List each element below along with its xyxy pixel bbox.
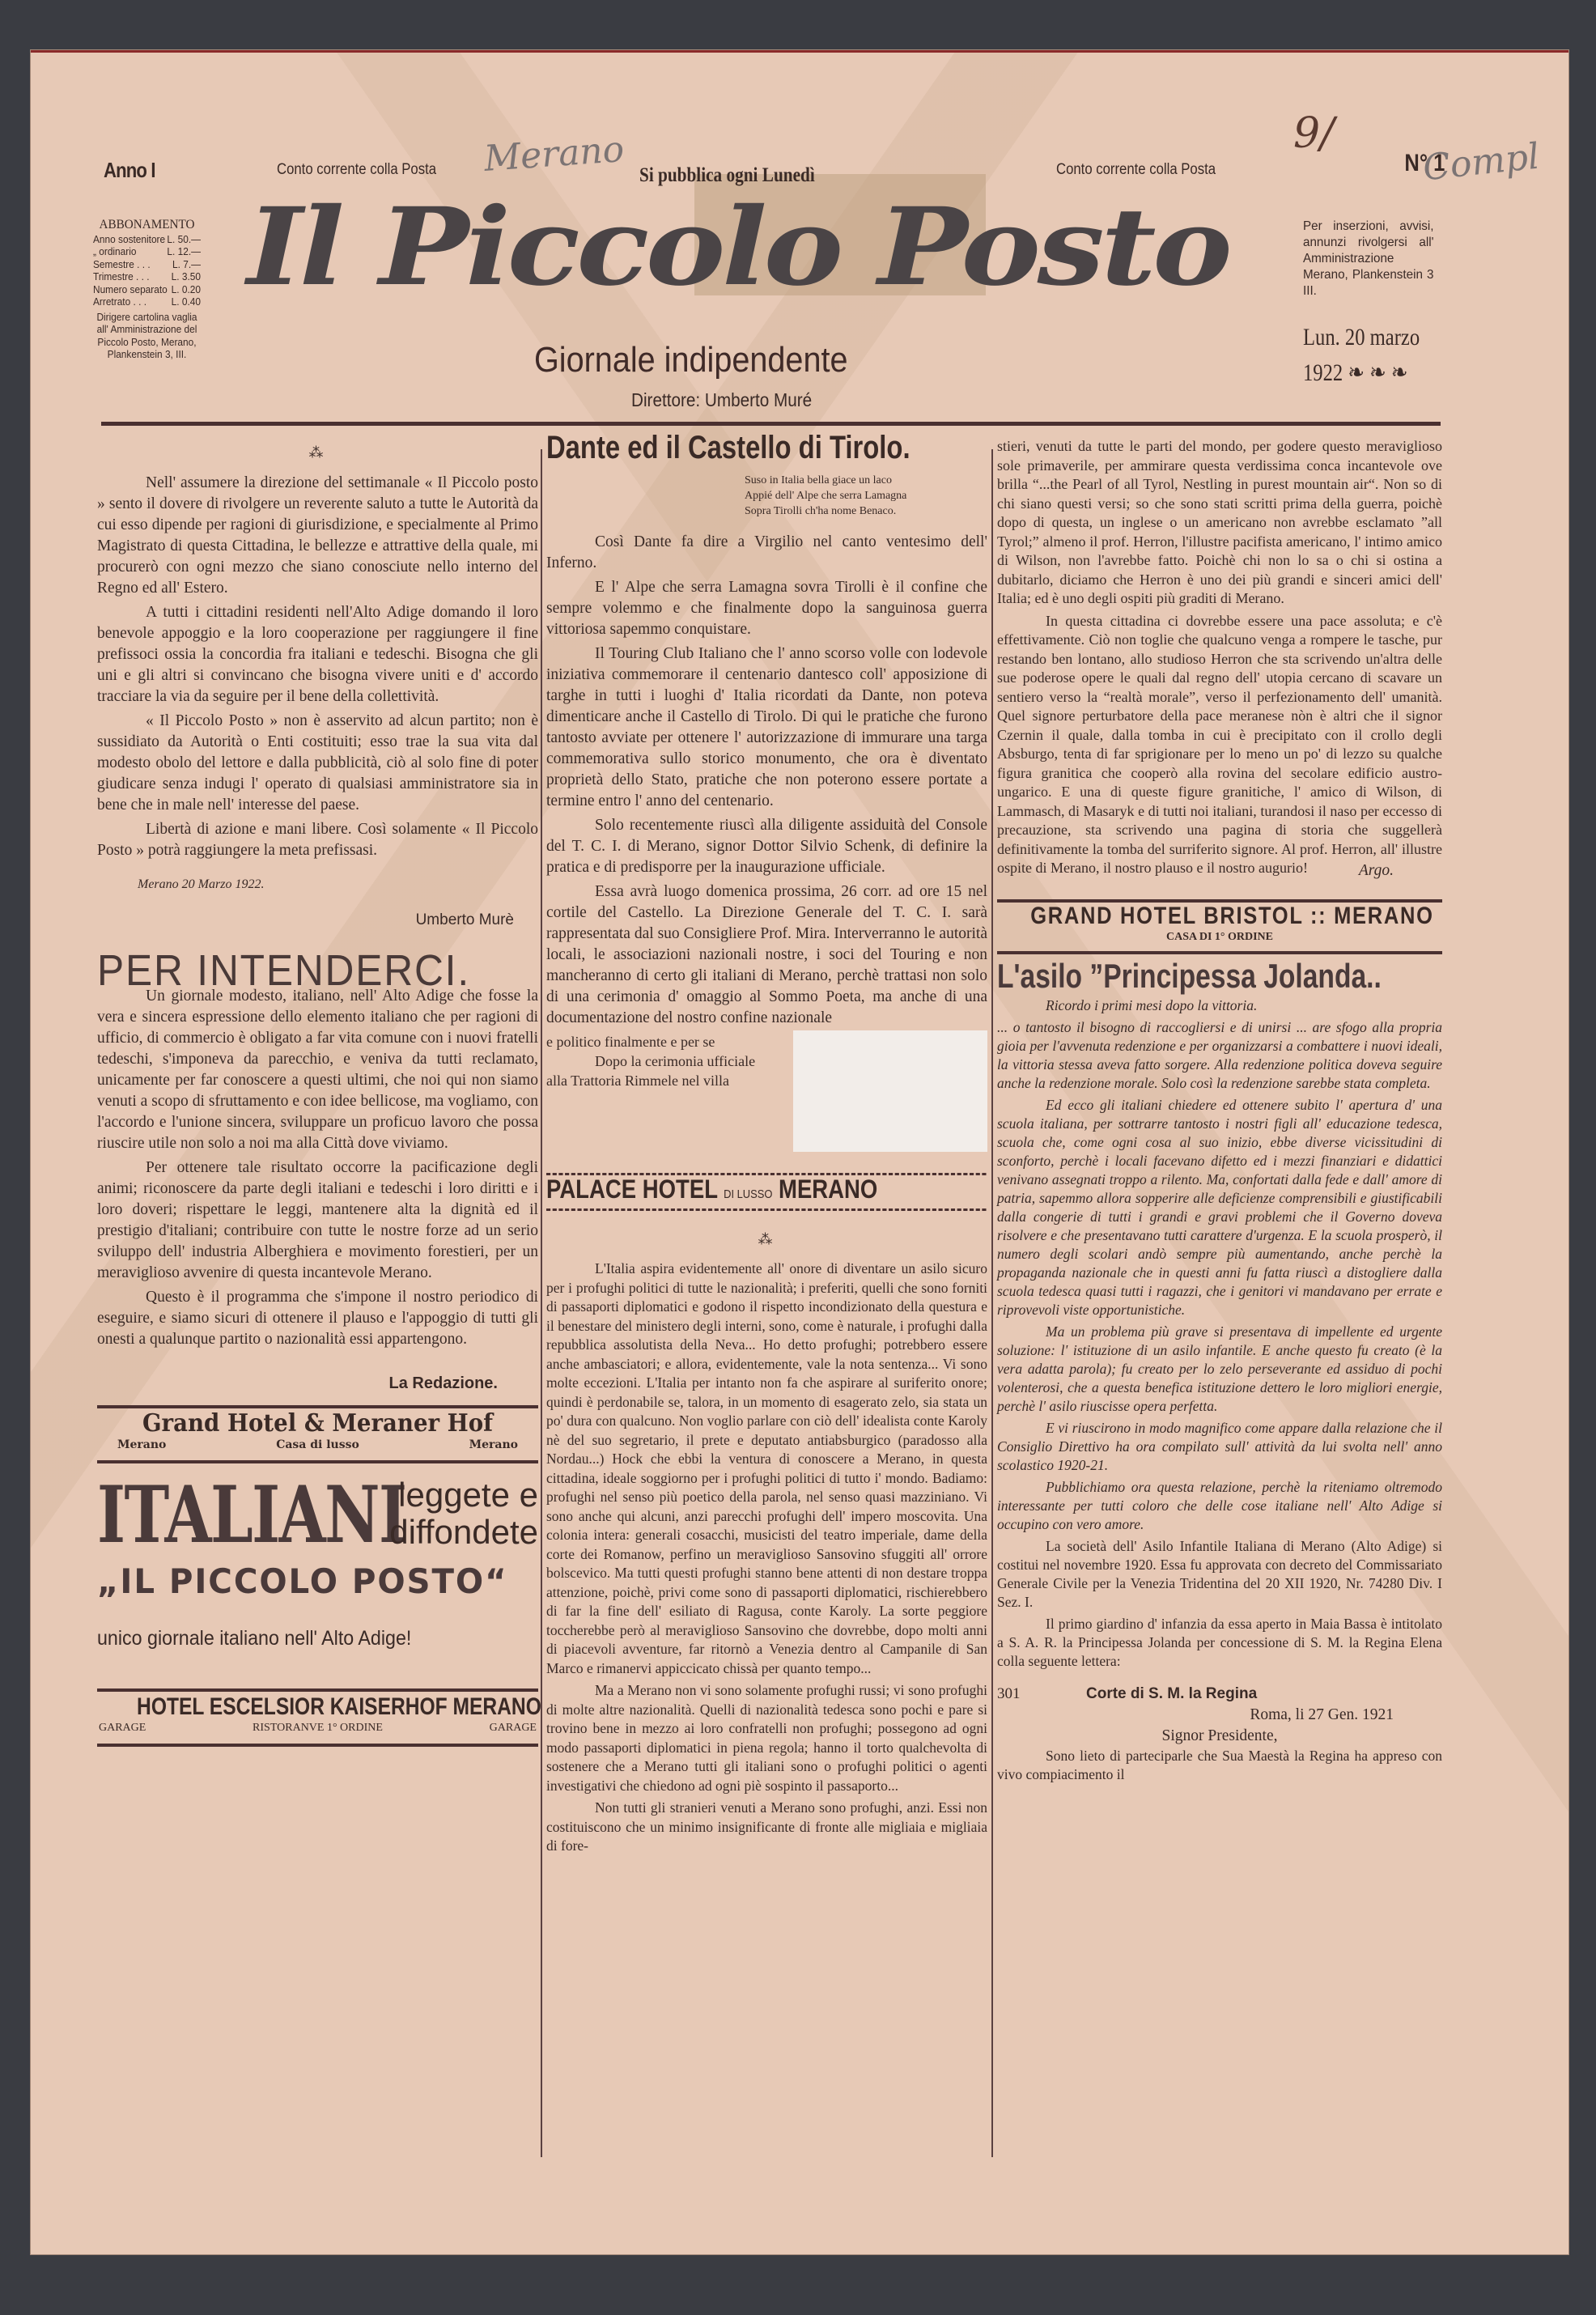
article-paragraph: Solo recentemente riuscì alla diligente … — [546, 815, 987, 878]
column-3: stieri, venuti da tutte le parti del mon… — [997, 437, 1442, 1787]
article-paragraph: E l' Alpe che serra Lamagna sovra Tiroll… — [546, 577, 987, 640]
publication-schedule: Si pubblica ogni Lunedì — [639, 164, 815, 187]
paper-hole — [793, 1030, 987, 1152]
letter-number: 301 — [997, 1684, 1086, 1705]
column-1: ⁂ Nell' assumere la direzione del settim… — [97, 437, 538, 1747]
issue-year-ornament: 1922 ❧ ❧ ❧ — [1303, 359, 1407, 387]
article-paragraph: Ed ecco gli italiani chiedere ed ottener… — [997, 1096, 1442, 1319]
article-paragraph: Ricordo i primi mesi dopo la vittoria. — [997, 996, 1442, 1015]
issue-date: Lun. 20 marzo — [1303, 324, 1420, 351]
ad-grand-hotel-bristol: GRAND HOTEL BRISTOL :: MERANO CASA DI 1°… — [997, 899, 1442, 954]
postal-account-left: Conto corrente colla Posta — [277, 161, 436, 179]
article-paragraph: E vi riuscirono in modo magnifico come a… — [997, 1419, 1442, 1475]
article-paragraph: Essa avrà luogo domenica prossima, 26 co… — [546, 881, 987, 1029]
article-paragraph: Ma a Merano non vi sono solamente profug… — [546, 1681, 987, 1795]
torn-section: e politico finalmente e per se Dopo la c… — [546, 1032, 987, 1153]
subscription-row: „ ordinarioL. 12.— — [93, 246, 201, 259]
subscription-row: Numero separatoL. 0.20 — [93, 284, 201, 297]
letter-body: Sono lieto di parteciparle che Sua Maest… — [997, 1747, 1442, 1784]
editor-line: Direttore: Umberto Muré — [631, 389, 812, 411]
subscription-row: Trimestre . . .L. 3.50 — [93, 271, 201, 284]
subscription-heading: ABBONAMENTO — [93, 219, 201, 231]
ad-grand-hotel-meraner-hof: Grand Hotel & Meraner Hof Merano Casa di… — [97, 1405, 538, 1463]
subscription-row: Anno sostenitoreL. 50.— — [93, 234, 201, 247]
article-paragraph: Per ottenere tale risultato occorre la p… — [97, 1157, 538, 1284]
article-paragraph: Ma un problema più grave si presentava d… — [997, 1323, 1442, 1416]
editorial-paragraph: Libertà di azione e mani libere. Così so… — [97, 819, 538, 861]
newspaper-subtitle: Giornale indipendente — [534, 340, 847, 380]
ad-italiani-leggete: ITALIANI leggete ediffondete „IL PICCOLO… — [97, 1470, 538, 1688]
article-paragraph: ... o tantosto il bisogno di raccogliers… — [997, 1018, 1442, 1093]
article-paragraph: Così Dante fa dire a Virgilio nel canto … — [546, 532, 987, 574]
editorial-paragraph: « Il Piccolo Posto » non è asservito ad … — [97, 711, 538, 816]
article-paragraph: Il primo giardino d' infanzia da essa ap… — [997, 1615, 1442, 1671]
article-signature: La Redazione. — [97, 1373, 498, 1394]
article-paragraph: Pubblichiamo ora questa relazione, perch… — [997, 1478, 1442, 1534]
article-paragraph: In questa cittadina ci dovrebbe essere u… — [997, 612, 1442, 878]
column-2: Dante ed il Castello di Tirolo. Suso in … — [546, 437, 987, 1859]
subscription-row: Semestre . . .L. 7.— — [93, 259, 201, 272]
editorial-dateline: Merano 20 Marzo 1922. — [138, 874, 538, 895]
article-paragraph: La società dell' Asilo Infantile Italian… — [997, 1537, 1442, 1612]
ad-palace-hotel: PALACE HOTEL DI LUSSO MERANO — [546, 1173, 987, 1211]
article-paragraph: Questo è il programma che s'impone il no… — [97, 1287, 538, 1350]
letter-header: 301 Corte di S. M. la Regina — [997, 1684, 1442, 1705]
letter-court: Corte di S. M. la Regina — [1086, 1684, 1257, 1705]
editorial-paragraph: Nell' assumere la direzione del settiman… — [97, 473, 538, 599]
newspaper-title: Il Piccolo Posto — [247, 194, 1229, 301]
subscription-box: ABBONAMENTO Anno sostenitoreL. 50.— „ or… — [93, 219, 201, 362]
masthead-rule — [101, 422, 1441, 426]
article-paragraph: Il Touring Club Italiano che l' anno sco… — [546, 644, 987, 812]
article-paragraph: Un giornale modesto, italiano, nell' Alt… — [97, 986, 538, 1154]
subscription-row: Arretrato . . .L. 0.40 — [93, 296, 201, 309]
article-heading-dante: Dante ed il Castello di Tirolo. — [546, 437, 908, 458]
letter-salutation: Signor Presidente, — [997, 1726, 1442, 1747]
asterism: ⁂ — [97, 442, 538, 463]
ad-title: Grand Hotel & Meraner Hof — [115, 1413, 520, 1434]
subscription-note: Dirigere cartolina vaglia all' Amministr… — [93, 312, 201, 362]
dante-verse: Suso in Italia bella giace un laco Appié… — [745, 473, 987, 519]
issue-year: Anno I — [104, 158, 155, 183]
letter-date: Roma, li 27 Gen. 1921 — [997, 1705, 1394, 1726]
advertising-info: Per inserzioni, avvisi, annunzi rivolger… — [1303, 219, 1434, 299]
ad-hotel-escelsior: HOTEL ESCELSIOR KAISERHOF MERANO GARAGE … — [97, 1688, 538, 1747]
column-divider — [991, 449, 993, 2157]
editorial-signature: Umberto Murè — [97, 910, 514, 931]
article-paragraph: Non tutti gli stranieri venuti a Merano … — [546, 1799, 987, 1856]
article-paragraph: stieri, venuti da tutte le parti del mon… — [997, 437, 1442, 609]
article-paragraph: L'Italia aspira evidentemente all' onore… — [546, 1259, 987, 1678]
masthead: Anno I Conto corrente colla Posta Si pub… — [81, 150, 1457, 425]
article-heading-asilo: L'asilo ”Principessa Jolanda.. — [997, 966, 1353, 987]
column-divider — [541, 449, 542, 2157]
postal-account-right: Conto corrente colla Posta — [1056, 161, 1216, 179]
editorial-paragraph: A tutti i cittadini residenti nell'Alto … — [97, 602, 538, 707]
asterism: ⁂ — [546, 1229, 987, 1250]
issue-number: N° 1 — [1405, 150, 1445, 177]
article-heading-per-intenderci: PER INTENDERCI. — [97, 960, 503, 981]
